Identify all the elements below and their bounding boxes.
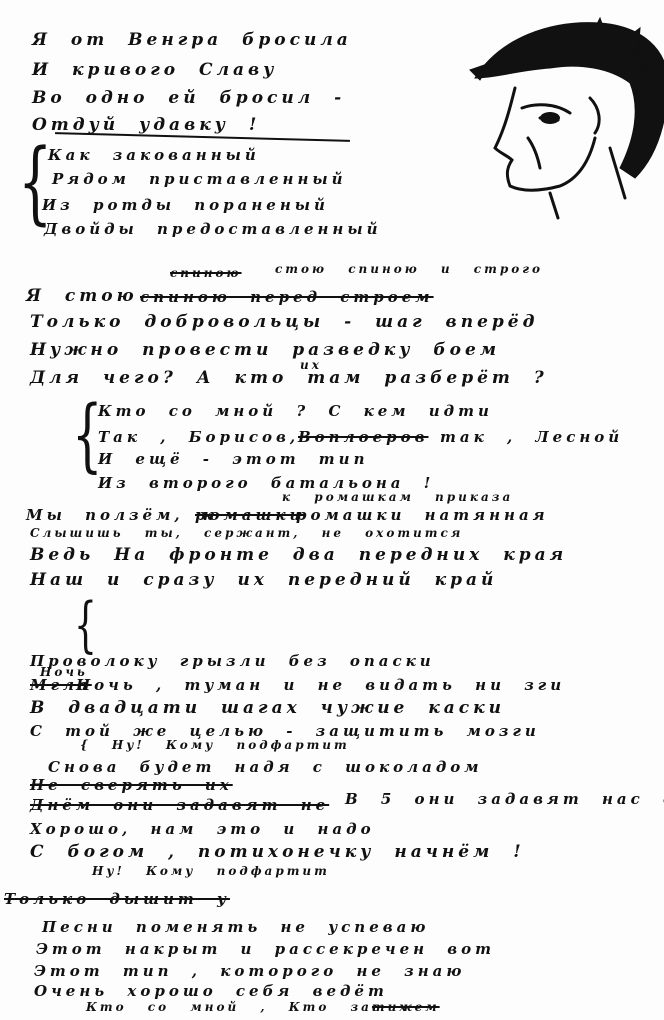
manuscript-line: так , Лесной	[440, 428, 623, 446]
manuscript-line: И кривого Славу	[32, 60, 277, 80]
manuscript-line: Снова будет надя с шоколадом	[48, 758, 483, 776]
manuscript-line: Только добровольцы - шаг вперёд	[30, 312, 538, 332]
manuscript-line: В 5 они задавят нас огнём	[345, 790, 664, 808]
manuscript-line: Ну! Кому подфартит	[92, 864, 330, 878]
manuscript-line: ромашки натянная	[296, 506, 549, 524]
manuscript-line: Слышишь ты, сержант, не охотится	[30, 526, 463, 540]
manuscript-line: Очень хорошо себя ведёт	[34, 982, 388, 1000]
brace-mark: {	[74, 595, 97, 655]
struck-word: с кем	[372, 1000, 440, 1014]
manuscript-line: Рядом приставленный	[52, 170, 347, 188]
manuscript-line: Хорошо, нам это и надо	[30, 820, 375, 838]
manuscript-line: Песни поменять не успеваю	[42, 918, 429, 936]
manuscript-line: Кто со мной , Кто затих	[86, 1000, 410, 1014]
manuscript-insert: стою спиною и строго	[275, 262, 543, 276]
manuscript-line: Ведь На фронте два передних края	[30, 545, 567, 565]
manuscript-page: Я от Венгра бросила И кривого Славу Во о…	[0, 0, 664, 1020]
struck-line: Днём они задавят не	[30, 796, 329, 814]
manuscript-line: Наш и сразу их передний край	[30, 570, 497, 590]
manuscript-line: { Ну! Кому подфартит	[80, 738, 350, 752]
manuscript-line: Нужно провести разведку боем	[30, 340, 500, 360]
manuscript-line: Проволоку грызли без опаски	[30, 652, 435, 670]
manuscript-line: Мы ползём, к	[26, 506, 217, 524]
struck-phrase: спиною перед строем	[140, 288, 434, 306]
manuscript-line: Кто со мной ? С кем идти	[98, 402, 493, 420]
portrait-sketch-icon	[440, 8, 664, 228]
manuscript-line: В двадцати шагах чужие каски	[30, 698, 505, 718]
struck-word: спиною	[170, 266, 242, 280]
manuscript-line: С богом , потихонечку начнём !	[30, 842, 525, 862]
manuscript-line: Ночь , туман и не видать ни зги	[76, 676, 565, 694]
struck-line: Не сверять их	[30, 776, 233, 794]
manuscript-line: Я от Венгра бросила	[32, 30, 352, 50]
manuscript-line: Для чего? А кто там разберёт ?	[30, 368, 548, 388]
manuscript-line: Этот накрыт и рассекречен вот	[36, 940, 495, 958]
manuscript-insert: к ромашкам приказа	[282, 490, 513, 504]
manuscript-line: И ещё - этот тип	[98, 450, 369, 468]
struck-word: ромашки	[195, 506, 304, 524]
manuscript-line: Во одно ей бросил -	[32, 88, 345, 108]
struck-word: Воплоеров	[298, 428, 428, 446]
manuscript-line: Из ротды пораненый	[42, 196, 329, 214]
manuscript-line: Этот тип , которого не знаю	[34, 962, 465, 980]
manuscript-line: Двойды предоставленный	[44, 220, 382, 238]
manuscript-line: Так , Борисов,	[98, 428, 299, 446]
manuscript-line: Как закованный	[48, 146, 260, 164]
struck-line: Только дышит у	[4, 890, 230, 908]
manuscript-line: Я стою	[26, 286, 138, 306]
